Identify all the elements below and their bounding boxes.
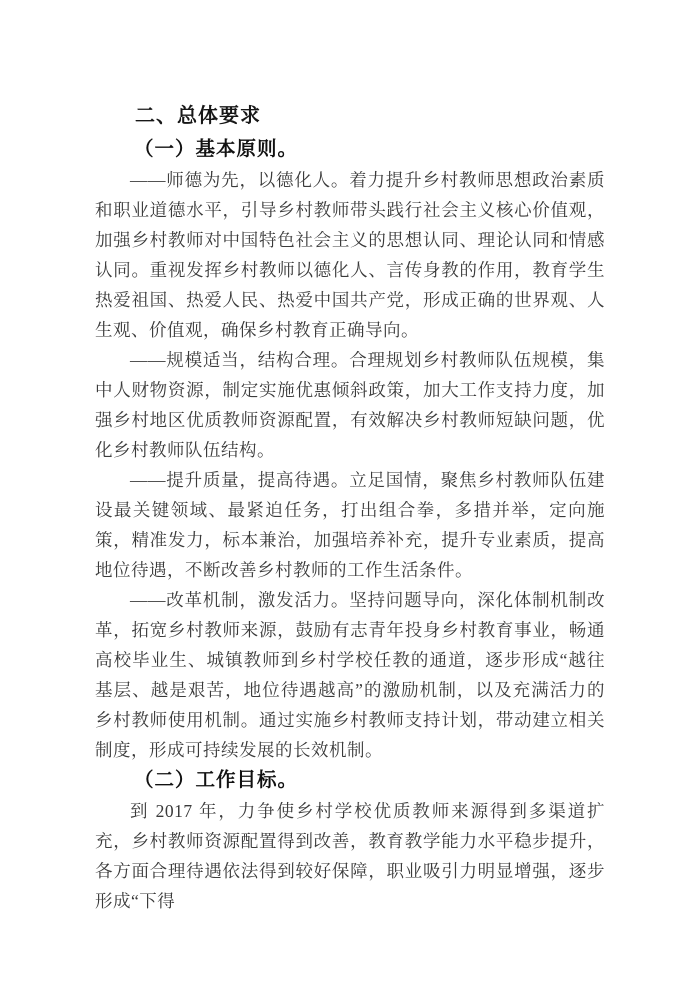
document-page: 二、总体要求 （一）基本原则。 ——师德为先，以德化人。着力提升乡村教师思想政治…: [0, 0, 700, 993]
paragraph-teacher-ethics: ——师德为先，以德化人。着力提升乡村教师思想政治素质和职业道德水平，引导乡村教师…: [95, 165, 605, 345]
paragraph-reform-mechanism: ——改革机制，激发活力。坚持问题导向，深化体制机制改革，拓宽乡村教师来源，鼓励有…: [95, 585, 605, 765]
paragraph-quality-treatment: ——提升质量，提高待遇。立足国情，聚焦乡村教师队伍建设最关键领域、最紧迫任务，打…: [95, 465, 605, 585]
subsection-heading-work-goals: （二）工作目标。: [95, 765, 605, 796]
section-title: 二、总体要求: [95, 101, 605, 132]
paragraph-2017-goals: 到 2017 年，力争使乡村学校优质教师来源得到多渠道扩充，乡村教师资源配置得到…: [95, 796, 605, 916]
paragraph-scale-structure: ——规模适当，结构合理。合理规划乡村教师队伍规模，集中人财物资源，制定实施优惠倾…: [95, 345, 605, 465]
subsection-heading-basic-principles: （一）基本原则。: [95, 134, 605, 165]
